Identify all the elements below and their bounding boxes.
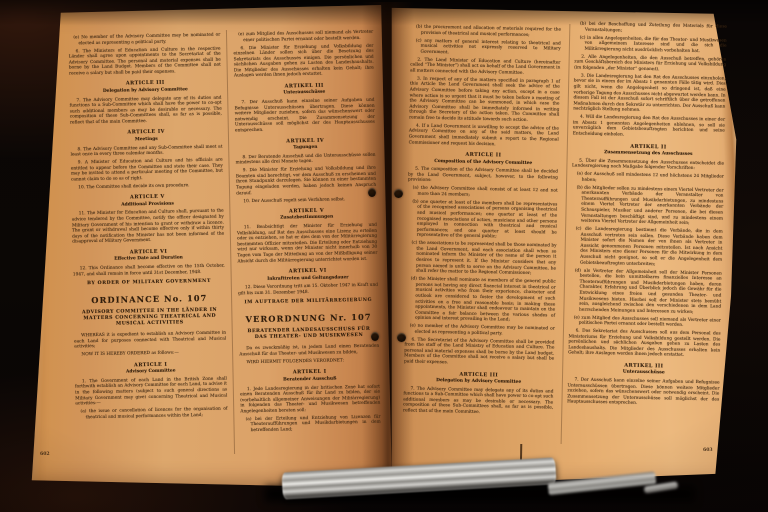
paragraph: 5. Über die Zusammensetzung des Ausschus…: [572, 158, 724, 172]
paragraph: WIRD HIERMIT FOLGENDES VERORDNET:: [239, 357, 379, 365]
list-item: (e) No member of the Advisory Committee …: [68, 33, 220, 47]
right-page-english-column: (b) the procurement and allocation of ma…: [403, 24, 561, 419]
punch-hole: [371, 332, 379, 341]
list-item: (e) zum Mitglied des Ausschusses soll ni…: [233, 30, 373, 44]
list-item: (a) the Advisory Committee shall consist…: [408, 186, 558, 200]
list-item: (b) die Mitglieder sollen zu mindestens …: [571, 185, 724, 227]
left-page-english-column: (e) No member of the Advisory Committee …: [68, 33, 227, 424]
ordinance-subtitle: ADVISORY COMMITTEE IN THE LÄNDER IN MATT…: [78, 307, 222, 328]
paragraph: 6. Die Minister für Erziehung und Volksb…: [233, 43, 374, 79]
list-item: (b) one quarter at least of the members …: [407, 199, 558, 241]
list-item: (a) the issue or cancellation of licence…: [75, 407, 227, 421]
list-item: (c) in allen Angelegenheiten, die für da…: [574, 35, 726, 55]
paragraph: 7. The Advisory Committee may delegate a…: [69, 95, 222, 126]
paragraph: 9. Die Minister für Erziehung und Volksb…: [236, 166, 377, 197]
list-item: (c) any matters of general interest rela…: [410, 38, 560, 58]
list-item: (b) the procurement and allocation of ma…: [411, 24, 561, 38]
list-item: (d) als Vertreter der Allgemeinheit soll…: [569, 268, 722, 316]
list-item: (a) der Ausschuß soll mindestens 12 und …: [572, 172, 724, 186]
ordinance-title: ORDINANCE No. 107: [73, 293, 225, 307]
paragraph: 11. The Minister for Education and Cultu…: [72, 209, 225, 245]
list-item: (d) the Minister shall nominate as membe…: [405, 277, 556, 325]
paragraph: 8. Der Beratende Ausschuß und die Untera…: [235, 152, 375, 166]
punch-hole: [394, 189, 403, 198]
paragraph: NOW IT IS HEREBY ORDERED as follows:—: [74, 350, 226, 358]
signature-line: IM AUFTRAGE DER MILITÄRREGIERUNG: [238, 298, 378, 307]
paragraph: 12. Diese Verordnung tritt am 15. Oktobe…: [238, 283, 378, 297]
paragraph: 4. Will die Landesregierung den Rat des …: [573, 115, 725, 140]
paragraph: 2. The Land Minister of Education and Cu…: [410, 57, 560, 77]
paragraph: 11. Beabsichtigt der Minister für Erzieh…: [237, 223, 378, 265]
list-item: (e) zum Mitglied des Ausschusses soll ni…: [569, 315, 721, 329]
right-page-german-column: (b) bei der Beschaffung und Zuteilung de…: [567, 21, 727, 411]
paragraph: 1. Jede Landesregierung in der britische…: [240, 384, 381, 415]
list-item: (e) no member of the Advisory Committee …: [405, 324, 555, 338]
paragraph: 3. Die Landesregierung hat den Rat des A…: [573, 73, 726, 115]
paragraph: 7. The Advisory Committee may delegate a…: [403, 386, 554, 417]
list-item: (c) the associations to be represented s…: [406, 241, 557, 278]
paragraph: Da es zweckmäßig ist, in jedem Land eine…: [239, 344, 379, 358]
list-item: (a) bei der Erteilung und Entziehung von…: [241, 414, 381, 433]
paragraph: 12. This Ordinance shall become effectiv…: [73, 264, 225, 278]
paragraph: 4. If a Land Government is unwilling to …: [409, 123, 559, 148]
paragraph: 10. The Committee shall decide its own p…: [71, 182, 223, 190]
left-page-german-column: (e) zum Mitglied des Ausschusses soll ni…: [233, 30, 381, 437]
paragraph: 3. In respect of any of the matters spec…: [409, 76, 560, 124]
paragraph: 6. The Ministers of Education and Cultur…: [69, 46, 222, 77]
paragraph: 5. The composition of the Advisory Commi…: [408, 167, 558, 187]
paragraph: 8. The Advisory Committee and any Sub-Co…: [70, 144, 222, 158]
paragraph: 9. A Minister of Education and Culture a…: [71, 158, 223, 183]
paragraph: 6. Das Sekretariat des Ausschusses soll …: [568, 329, 721, 360]
paragraph: WHEREAS it is expedient to establish an …: [74, 331, 226, 351]
paragraph: 6. The Secretariat of the Advisory Commi…: [404, 337, 555, 368]
paragraph: 1. The Government of each Land in the Br…: [75, 376, 228, 407]
punch-hole: [368, 188, 376, 197]
paragraph: 2. Alle Angelegenheiten, die den Ausschu…: [574, 54, 726, 74]
ordinance-subtitle: BERATENDER LANDESAUSSCHUSS FÜR DAS THEAT…: [243, 327, 375, 342]
page-number-right: 603: [703, 448, 713, 453]
paragraph: 7. Der Ausschuß kann einzelne seiner Auf…: [234, 98, 375, 134]
signature-line: BY ORDER OF MILITARY GOVERNMENT: [73, 279, 225, 288]
ordinance-title: VERORDNUNG Nr. 107: [239, 312, 379, 325]
paragraph: 7. Der Ausschuß kann einzelne seiner Auf…: [567, 378, 720, 409]
photo-of-open-gazette: (e) No member of the Advisory Committee …: [0, 0, 768, 512]
list-item: (b) bei der Beschaffung und Zuteilung de…: [575, 21, 727, 35]
page-number-left: 602: [40, 452, 50, 457]
list-item: (c) die Landesregierung bestimmt die Ver…: [570, 227, 723, 269]
punch-hole: [397, 333, 406, 342]
paragraph: 10. Der Ausschuß regelt sein Verfahren s…: [236, 196, 376, 204]
